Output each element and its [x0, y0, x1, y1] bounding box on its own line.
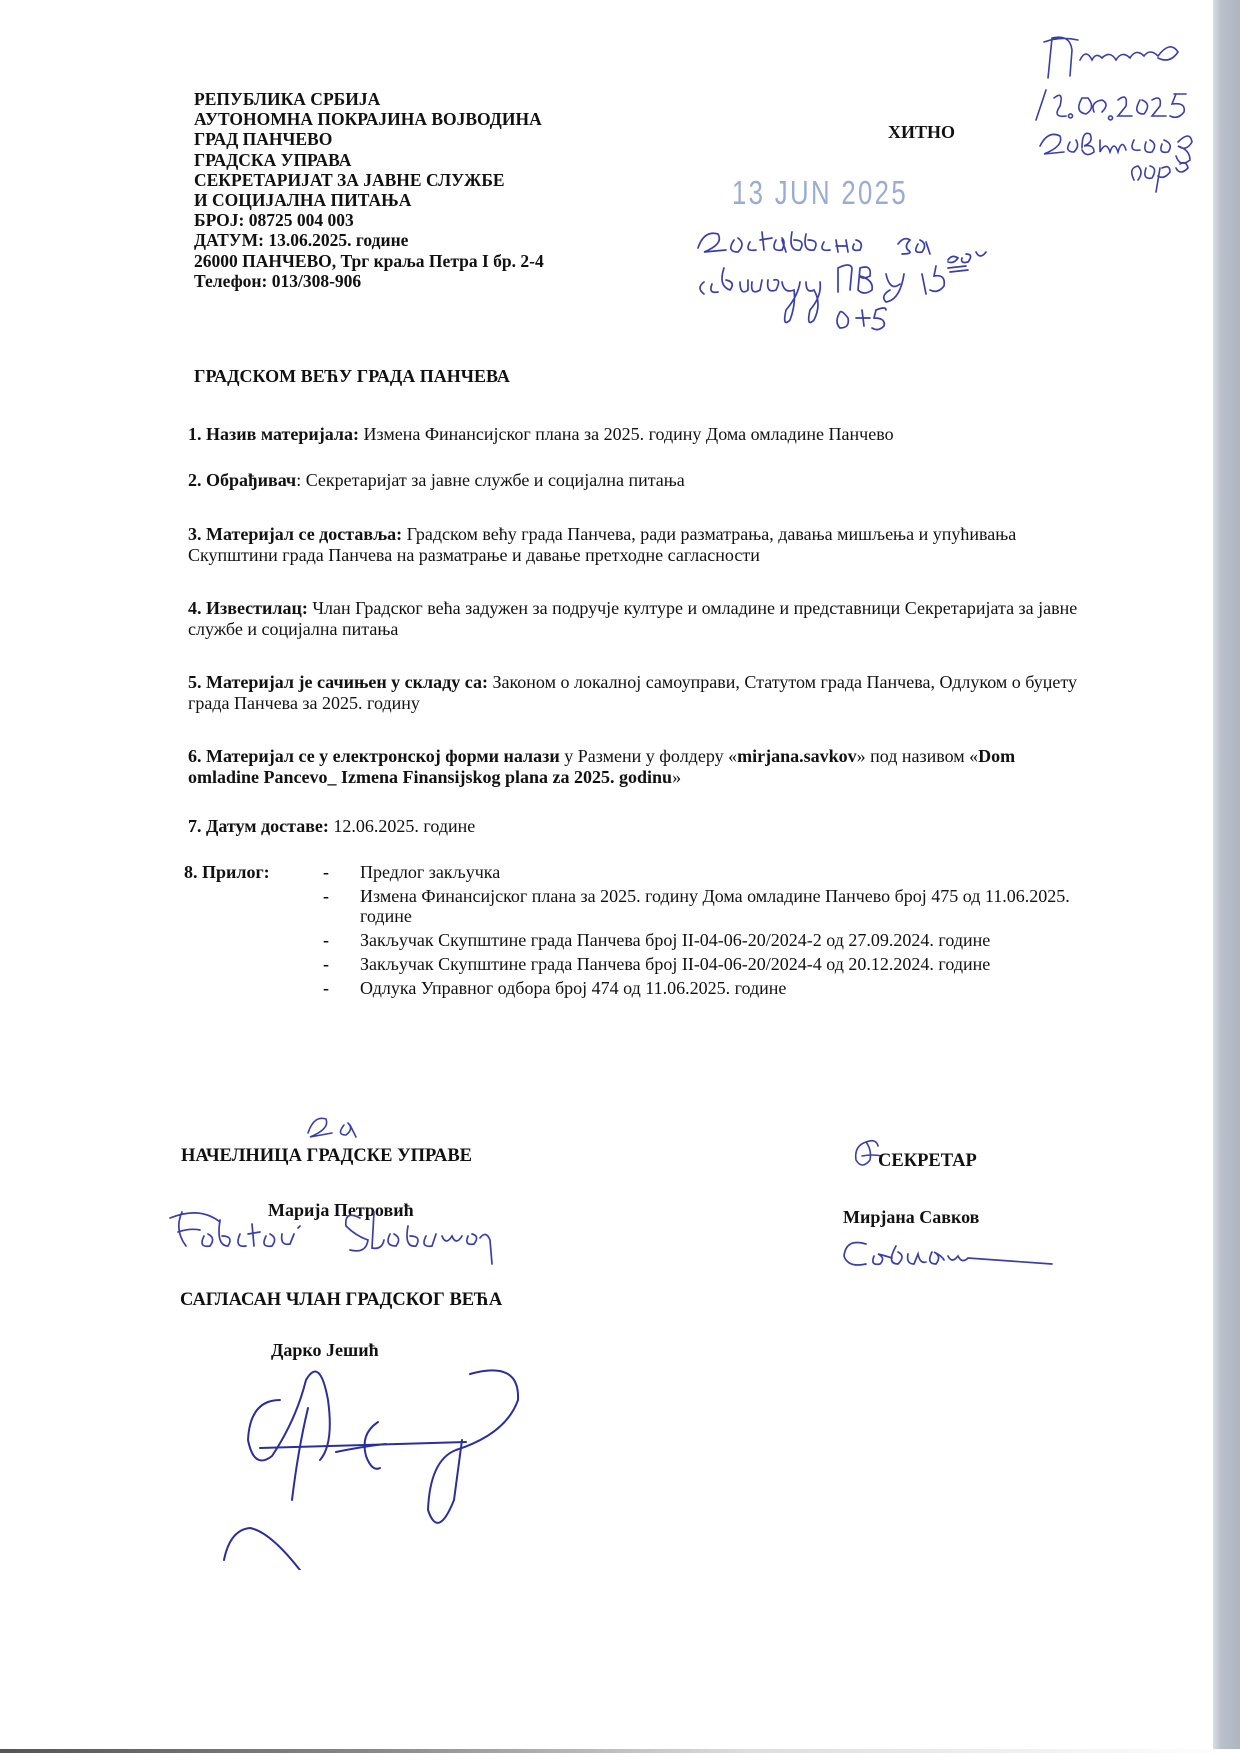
item-material-name: 1. Назив материјала: Измена Финансијског…	[188, 424, 1088, 445]
bullet-dash: -	[323, 954, 329, 974]
attachment-item: -Закључак Скупштине града Панчева број I…	[320, 954, 1120, 974]
item-text: 12.06.2025. године	[329, 816, 475, 836]
item-text: »	[672, 767, 681, 787]
letterhead-line: ГРАД ПАНЧЕВО	[194, 129, 544, 149]
letterhead-line: РЕПУБЛИКА СРБИЈА	[194, 89, 544, 109]
urgent-label: ХИТНО	[888, 122, 955, 143]
secretary-title: СЕКРЕТАР	[878, 1151, 977, 1172]
attachments-label: 8. Прилог:	[184, 862, 270, 883]
bullet-dash: -	[323, 930, 329, 950]
phone: Телефон: 013/308-906	[194, 271, 544, 291]
council-member-signature	[210, 1360, 530, 1570]
bullet-dash: -	[323, 886, 329, 906]
item-rapporteur: 4. Известилац: Члан Градског већа задуже…	[188, 598, 1088, 640]
item-electronic-location: 6. Материјал се у електронској форми нал…	[188, 746, 1088, 788]
head-title: НАЧЕЛНИЦА ГРАДСКЕ УПРАВЕ	[181, 1146, 472, 1167]
item-label: 7. Датум доставе:	[188, 816, 329, 836]
item-delivered-to: 3. Материјал се доставља: Градском већу …	[188, 524, 1088, 566]
attachment-item: -Одлука Управног одбора број 474 од 11.0…	[320, 978, 1120, 998]
item-label: 5. Материјал је сачињен у складу са:	[188, 672, 488, 692]
item-text: » под називом «	[857, 746, 979, 766]
item-label: 1. Назив материјала:	[188, 424, 359, 444]
attachments-list: -Предлог закључка -Измена Финансијског п…	[320, 862, 1120, 1002]
folder-name: mirjana.savkov	[737, 746, 857, 766]
attachment-item: -Закључак Скупштине града Панчева број I…	[320, 930, 1120, 950]
item-label: 4. Известилац:	[188, 598, 308, 618]
item-delivery-date: 7. Датум доставе: 12.06.2025. године	[188, 816, 1088, 837]
item-legal-basis: 5. Материјал је сачињен у складу са: Зак…	[188, 672, 1088, 714]
item-label: 3. Материјал се доставља:	[188, 524, 402, 544]
item-processor: 2. Обрађивач: Секретаријат за јавне служ…	[188, 470, 1088, 491]
letterhead-line: ГРАДСКА УПРАВА	[194, 150, 544, 170]
bullet-dash: -	[323, 978, 329, 998]
handwritten-za-prefix	[300, 1105, 380, 1145]
letterhead: РЕПУБЛИКА СРБИЈА АУТОНОМНА ПОКРАЈИНА ВОЈ…	[194, 89, 544, 291]
item-text: : Секретаријат за јавне службе и социјал…	[296, 470, 685, 490]
item-label: 2. Обрађивач	[188, 470, 296, 490]
item-text: Измена Финансијског плана за 2025. годин…	[359, 424, 894, 444]
item-label: 6. Материјал се у електронској форми нал…	[188, 746, 560, 766]
document-number: БРОЈ: 08725 004 003	[194, 210, 544, 230]
handwritten-delivery-note	[690, 210, 1050, 340]
attachment-item: -Измена Финансијског плана за 2025. годи…	[320, 886, 1120, 926]
address: 26000 ПАНЧЕВО, Трг краља Петра I бр. 2-4	[194, 251, 544, 271]
council-member-title: САГЛАСАН ЧЛАН ГРАДСКОГ ВЕЋА	[180, 1290, 502, 1311]
secretary-name: Мирјана Савков	[843, 1207, 979, 1228]
scan-edge-right	[1213, 0, 1240, 1753]
attachment-item: -Предлог закључка	[320, 862, 1120, 882]
recipient-heading: ГРАДСКОМ ВЕЋУ ГРАДА ПАНЧЕВА	[194, 366, 510, 387]
item-text: у Размени у фолдеру «	[560, 746, 737, 766]
letterhead-line: И СОЦИЈАЛНА ПИТАЊА	[194, 190, 544, 210]
council-member-name: Дарко Јешић	[271, 1340, 379, 1361]
handwritten-received-note	[1030, 20, 1220, 200]
secretary-signature	[836, 1234, 1086, 1278]
letterhead-line: АУТОНОМНА ПОКРАЈИНА ВОЈВОДИНА	[194, 109, 544, 129]
item-text: Члан Градског већа задужен за подручје к…	[188, 598, 1077, 639]
document-date: ДАТУМ: 13.06.2025. године	[194, 230, 544, 250]
scan-edge-bottom	[0, 1749, 1240, 1753]
letterhead-line: СЕКРЕТАРИЈАТ ЗА ЈАВНЕ СЛУЖБЕ	[194, 170, 544, 190]
received-date-stamp: 13 JUN 2025	[732, 174, 908, 212]
head-signature	[160, 1200, 560, 1280]
bullet-dash: -	[323, 862, 329, 882]
